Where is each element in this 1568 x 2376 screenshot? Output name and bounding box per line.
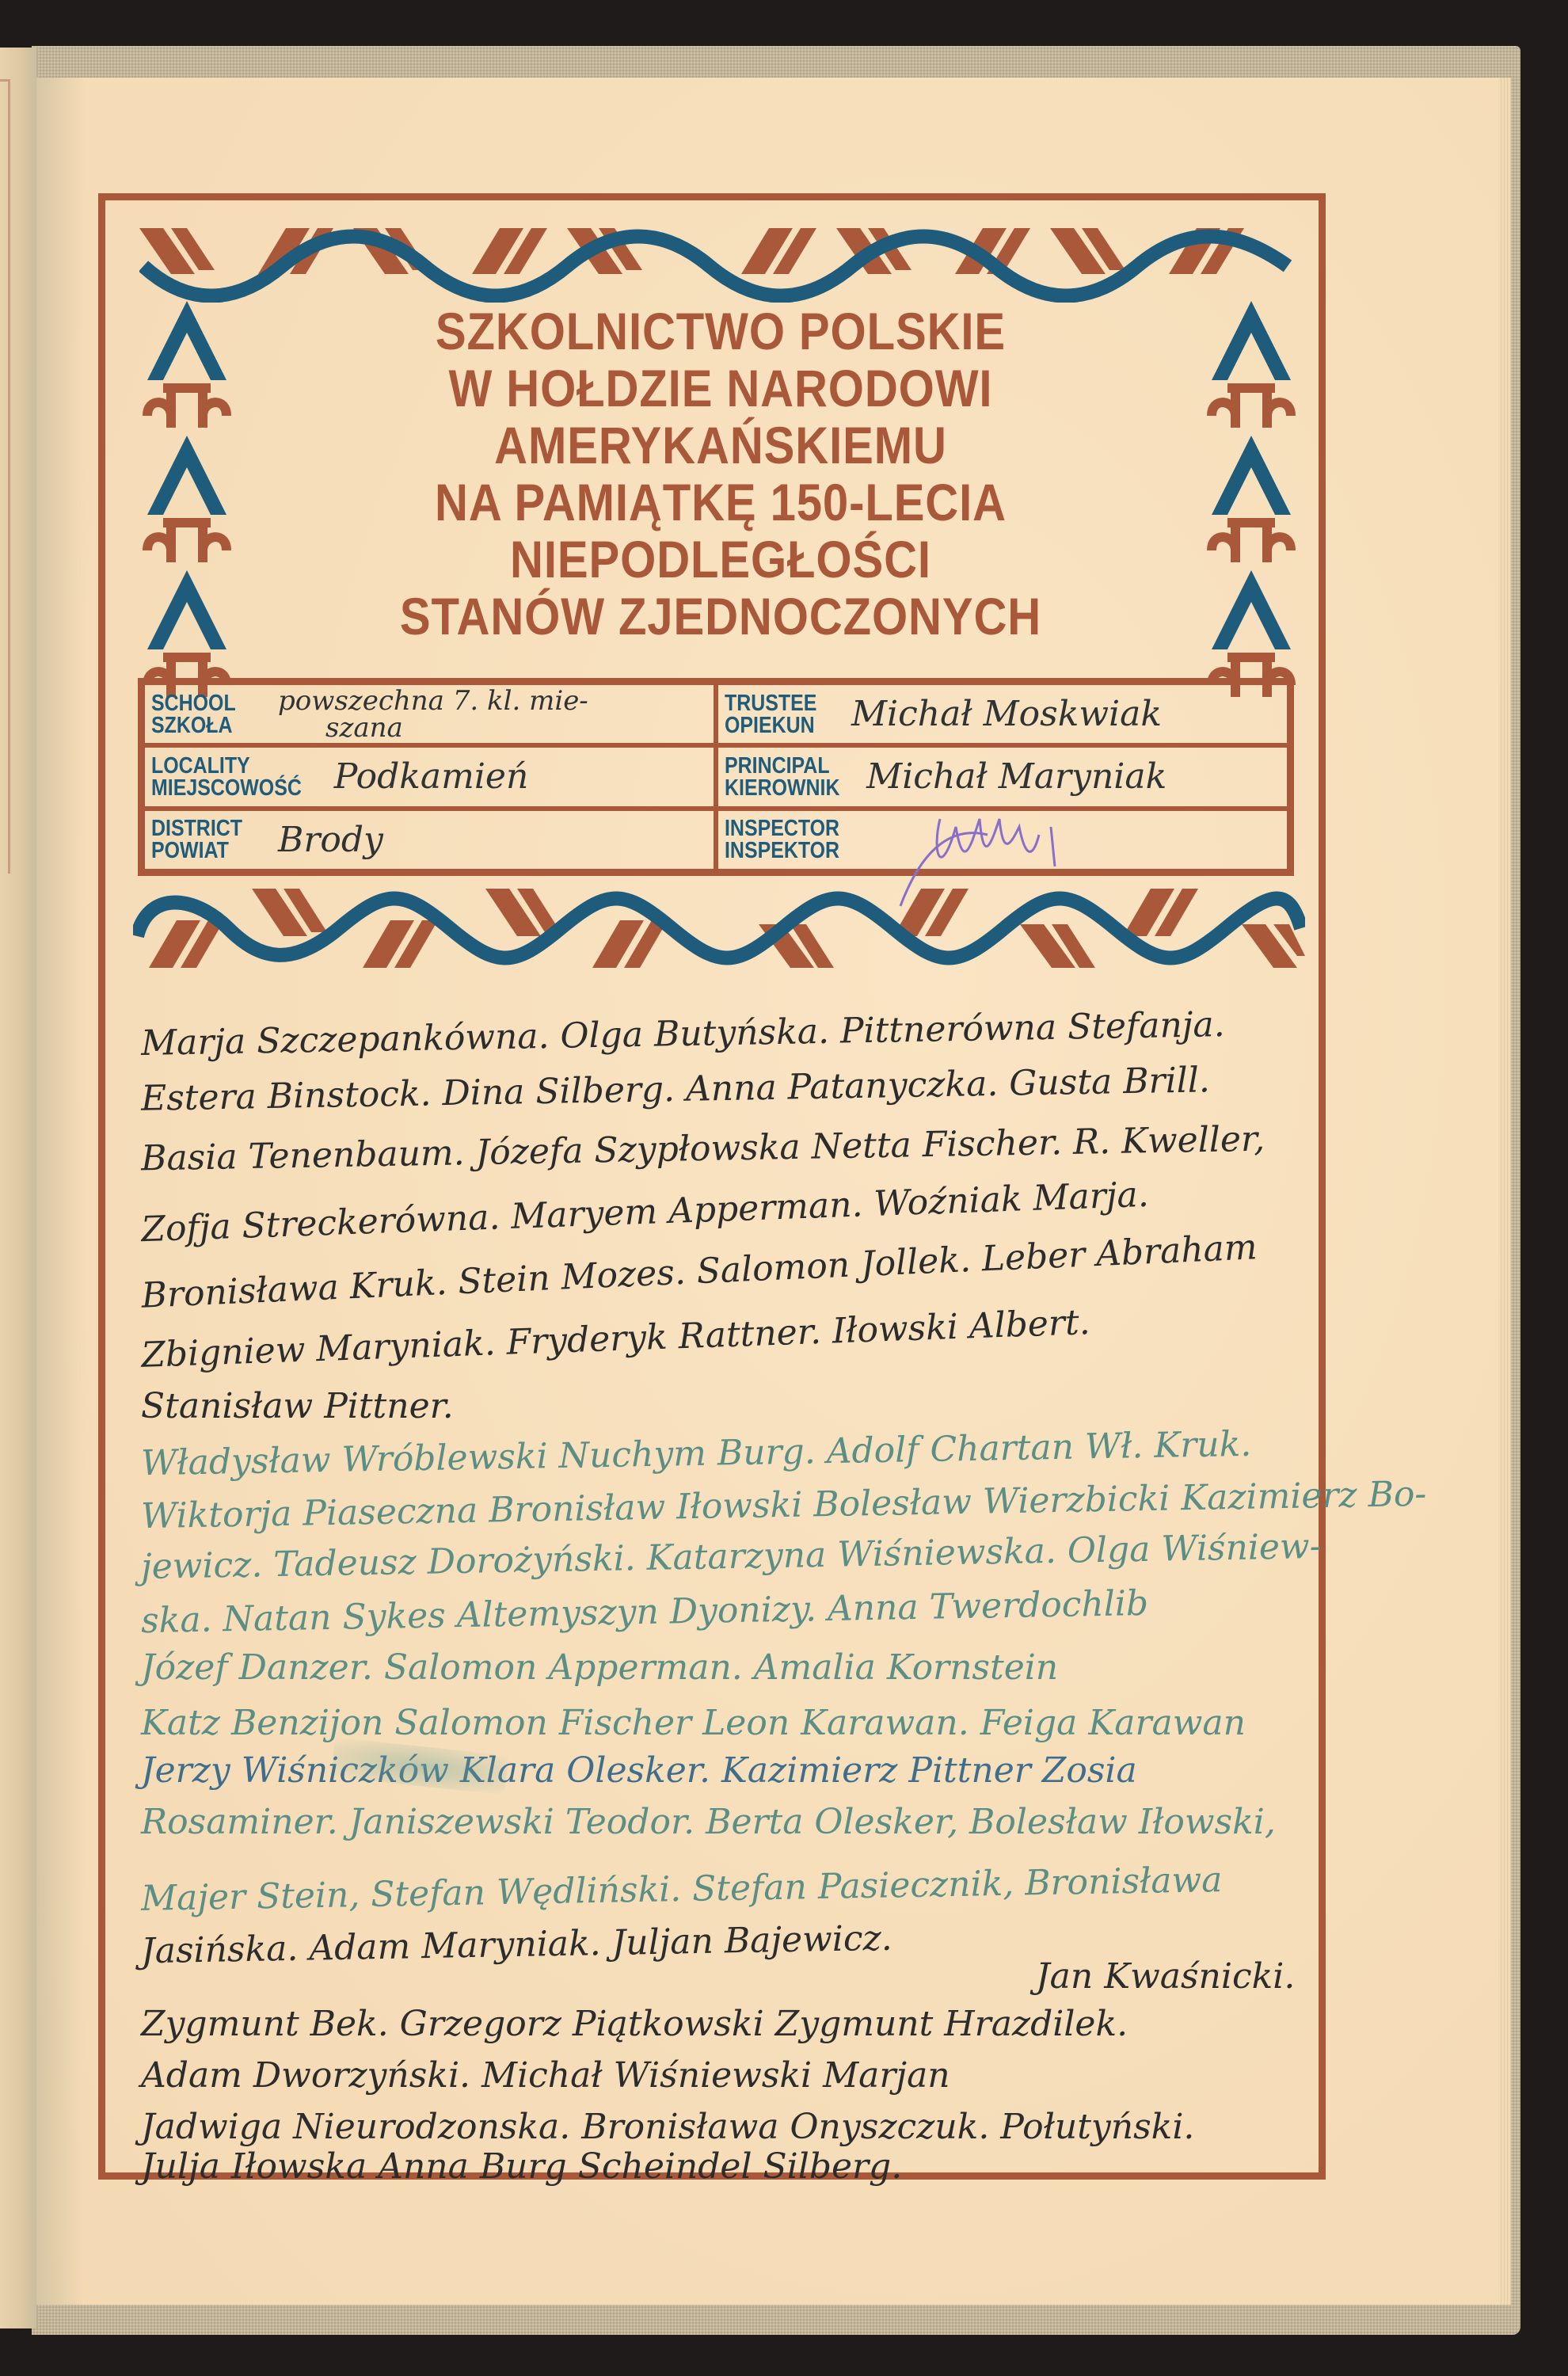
signature-line: Adam Dworzyński. Michał Wiśniewski Marja…	[141, 2055, 950, 2096]
title-line: W HOŁDZIE NARODOWI	[295, 360, 1146, 417]
signature-line: Jadwiga Nieurodzonska. Bronisława Onyszc…	[141, 2107, 1194, 2147]
document-title: SZKOLNICTWO POLSKIE W HOŁDZIE NARODOWI A…	[238, 303, 1204, 645]
trustee-cell: TRUSTEE OPIEKUN Michał Moskwiak	[716, 683, 1289, 745]
title-line: STANÓW ZJEDNOCZONYCH	[295, 588, 1146, 645]
school-info-table: SCHOOL SZKOŁA powszechna 7. kl. mie- sza…	[138, 678, 1294, 876]
principal-value: Michał Maryniak	[866, 756, 1166, 797]
district-cell: DISTRICT POWIAT Brody	[143, 809, 716, 871]
signature-line: Jasińska. Adam Maryniak. Juljan Bajewicz…	[141, 1918, 892, 1972]
title-line: SZKOLNICTWO POLSKIE	[295, 303, 1146, 360]
signature-line: Marja Szczepankówna. Olga Butyńska. Pitt…	[141, 1004, 1225, 1064]
trustee-value: Michał Moskwiak	[851, 694, 1162, 734]
signature-line: Zbigniew Maryniak. Fryderyk Rattner. Iło…	[140, 1302, 1090, 1376]
signature-line: ska. Natan Sykes Altemyszyn Dyonizy. Ann…	[141, 1583, 1149, 1641]
title-line: NA PAMIĄTKĘ 150-LECIA	[295, 474, 1146, 531]
previous-page-edge	[0, 48, 38, 2328]
inspector-cell: INSPECTOR INSPEKTOR	[716, 809, 1289, 871]
page-edges	[1498, 78, 1511, 2305]
wave-ornament-top-icon	[139, 227, 1303, 303]
signature-line: jewicz. Tadeusz Dorożyński. Katarzyna Wi…	[141, 1526, 1322, 1587]
locality-cell: LOCALITY MIEJSCOWOŚĆ Podkamień	[143, 745, 716, 808]
signature-line: Władysław Wróblewski Nuchym Burg. Adolf …	[141, 1424, 1252, 1483]
signature-line: Katz Benzijon Salomon Fischer Leon Karaw…	[141, 1703, 1246, 1743]
signature-line: Basia Tenenbaum. Józefa Szypłowska Netta…	[141, 1119, 1265, 1179]
signature-line: Majer Stein, Stefan Wędliński. Stefan Pa…	[141, 1860, 1223, 1919]
signature-line: Rosaminer. Janiszewski Teodor. Berta Ole…	[141, 1802, 1276, 1842]
wave-ornament-bottom-icon	[133, 881, 1305, 968]
signature-line: Estera Binstock. Dina Silberg. Anna Pata…	[141, 1060, 1211, 1119]
district-label: DISTRICT POWIAT	[151, 817, 253, 862]
signature-list: Marja Szczepankówna. Olga Butyńska. Pitt…	[141, 990, 1305, 2178]
signature-line: Stanisław Pittner.	[141, 1386, 454, 1426]
district-value: Brody	[278, 820, 383, 860]
school-label: SCHOOL SZKOŁA	[151, 692, 253, 737]
locality-value: Podkamień	[334, 756, 529, 797]
signature-line: Julja Iłowska Anna Burg Scheindel Silber…	[141, 2146, 902, 2187]
principal-label: PRINCIPAL KIEROWNIK	[725, 755, 839, 799]
side-ornament-left-icon	[139, 301, 234, 713]
signature-line: Zygmunt Bek. Grzegorz Piątkowski Zygmunt…	[141, 2004, 1128, 2044]
inspector-label: INSPECTOR INSPEKTOR	[725, 817, 839, 862]
locality-label: LOCALITY MIEJSCOWOŚĆ	[151, 755, 302, 799]
gutter-shadow	[36, 78, 84, 2305]
side-ornament-right-icon	[1204, 301, 1299, 713]
signature-line: Józef Danzer. Salomon Apperman. Amalia K…	[141, 1647, 1058, 1688]
signature-line: Jan Kwaśnicki.	[1036, 1956, 1295, 1997]
signature-line: Jerzy Wiśniczków Klara Olesker. Kazimier…	[141, 1750, 1137, 1791]
school-cell: SCHOOL SZKOŁA powszechna 7. kl. mie- sza…	[143, 683, 716, 745]
school-value: powszechna 7. kl. mie- szana	[278, 687, 588, 741]
title-line: NIEPODLEGŁOŚCI	[295, 531, 1146, 588]
previous-page-border	[0, 79, 10, 874]
trustee-label: TRUSTEE OPIEKUN	[725, 692, 827, 737]
title-line: AMERYKAŃSKIEMU	[295, 417, 1146, 474]
